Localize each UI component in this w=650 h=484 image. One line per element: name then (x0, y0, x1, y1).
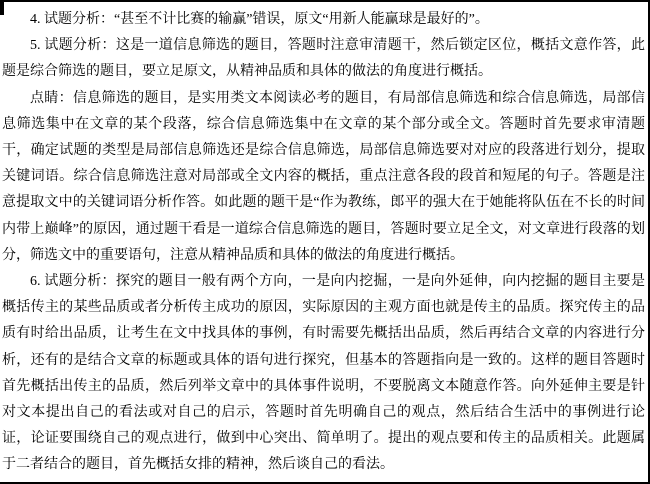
page-border-corner-mark (0, 2, 4, 15)
document-page: 4. 试题分析：“甚至不计比赛的输赢”错误，原文“用新人能赢球是最好的”。 5.… (0, 0, 650, 484)
paragraph-dianjing-note: 点睛：信息筛选的题目，是实用类文本阅读必考的题目，有局部信息筛选和综合信息筛选，… (2, 86, 645, 269)
paragraph-q5-analysis: 5. 试题分析：这是一道信息筛选的题目，答题时注意审清题干，然后锁定区位，概括文… (2, 33, 645, 85)
paragraph-q6-analysis: 6. 试题分析：探究的题目一般有两个方向，一是向内挖掘，一是向外延伸，向内挖掘的… (2, 269, 645, 479)
document-content: 4. 试题分析：“甚至不计比赛的输赢”错误，原文“用新人能赢球是最好的”。 5.… (0, 2, 648, 482)
paragraph-q4-analysis: 4. 试题分析：“甚至不计比赛的输赢”错误，原文“用新人能赢球是最好的”。 (2, 7, 645, 33)
